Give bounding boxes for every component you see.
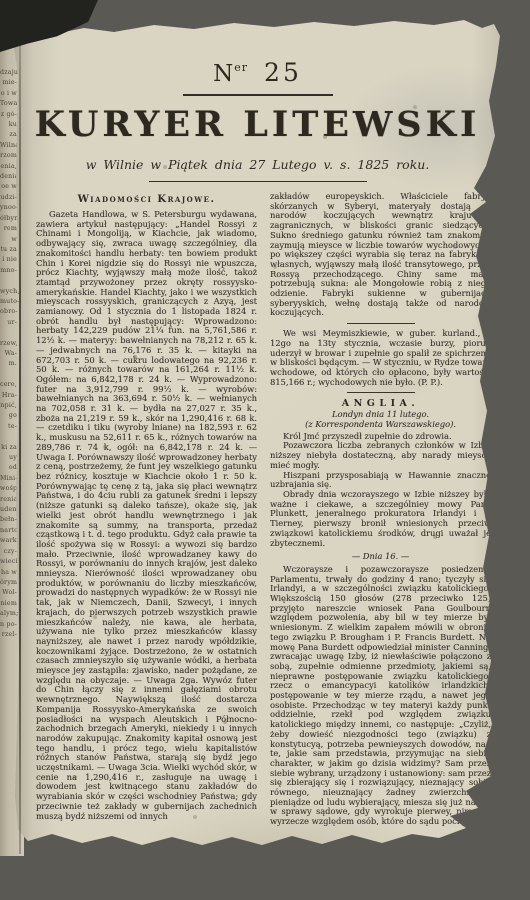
binding-crease: [19, 44, 21, 854]
issue-superscript: er: [234, 61, 248, 74]
england-paragraph: Wczoraysze i pozawczoraysze posiedzenia …: [270, 565, 491, 827]
newspaper-title: KURYER LITEWSKI: [14, 104, 501, 145]
section-heading-domestic-news: Wiadomości Krajowe.: [36, 194, 257, 205]
news-item-kurland: We wsi Meymiszkiewie, w guber. kurland.,…: [270, 329, 491, 387]
text-columns: Wiadomości Krajowe. Gazeta Handlowa, w S…: [14, 184, 501, 827]
issue-number-line: Ner25: [14, 58, 501, 87]
masthead-dateline: w Wilnie w Piątek dnia 27 Lutego v. s. 1…: [14, 157, 501, 172]
section-source-note: (z Korrespondenta Warszawskiego).: [270, 420, 491, 430]
issue-number: 25: [264, 58, 302, 87]
section-heading-england: ANGLIA.: [270, 398, 491, 409]
issue-prefix: N: [213, 61, 234, 87]
left-column-body: Gazeta Handlowa, w S. Petersburgu wydawa…: [36, 210, 257, 821]
scanned-newspaper-page: dzaju mie- o i w Towa- z gó- ku za Wilna…: [0, 0, 530, 900]
subsection-date-heading: — Dnia 16. —: [270, 552, 491, 562]
newspaper-sheet: Ner25 KURYER LITEWSKI w Wilnie w Piątek …: [14, 16, 501, 872]
england-paragraph: Obrady dnia wczorayszego w Izbie niższey…: [270, 490, 491, 548]
england-paragraph: Pozawczora liczba zebranych członków w I…: [270, 441, 491, 470]
right-column: zakładów europeyskich. Właściciele fabry…: [270, 192, 491, 827]
column-separator-rule: [347, 323, 415, 324]
right-column-continuation: zakładów europeyskich. Właściciele fabry…: [270, 192, 491, 318]
column-separator-rule: [347, 392, 415, 393]
england-paragraph: Hiszpani przysposabiają w Hawannie znacz…: [270, 471, 491, 490]
left-column: Wiadomości Krajowe. Gazeta Handlowa, w S…: [36, 192, 257, 827]
issue-rule: [183, 94, 333, 96]
dateline-rule: [149, 181, 367, 182]
